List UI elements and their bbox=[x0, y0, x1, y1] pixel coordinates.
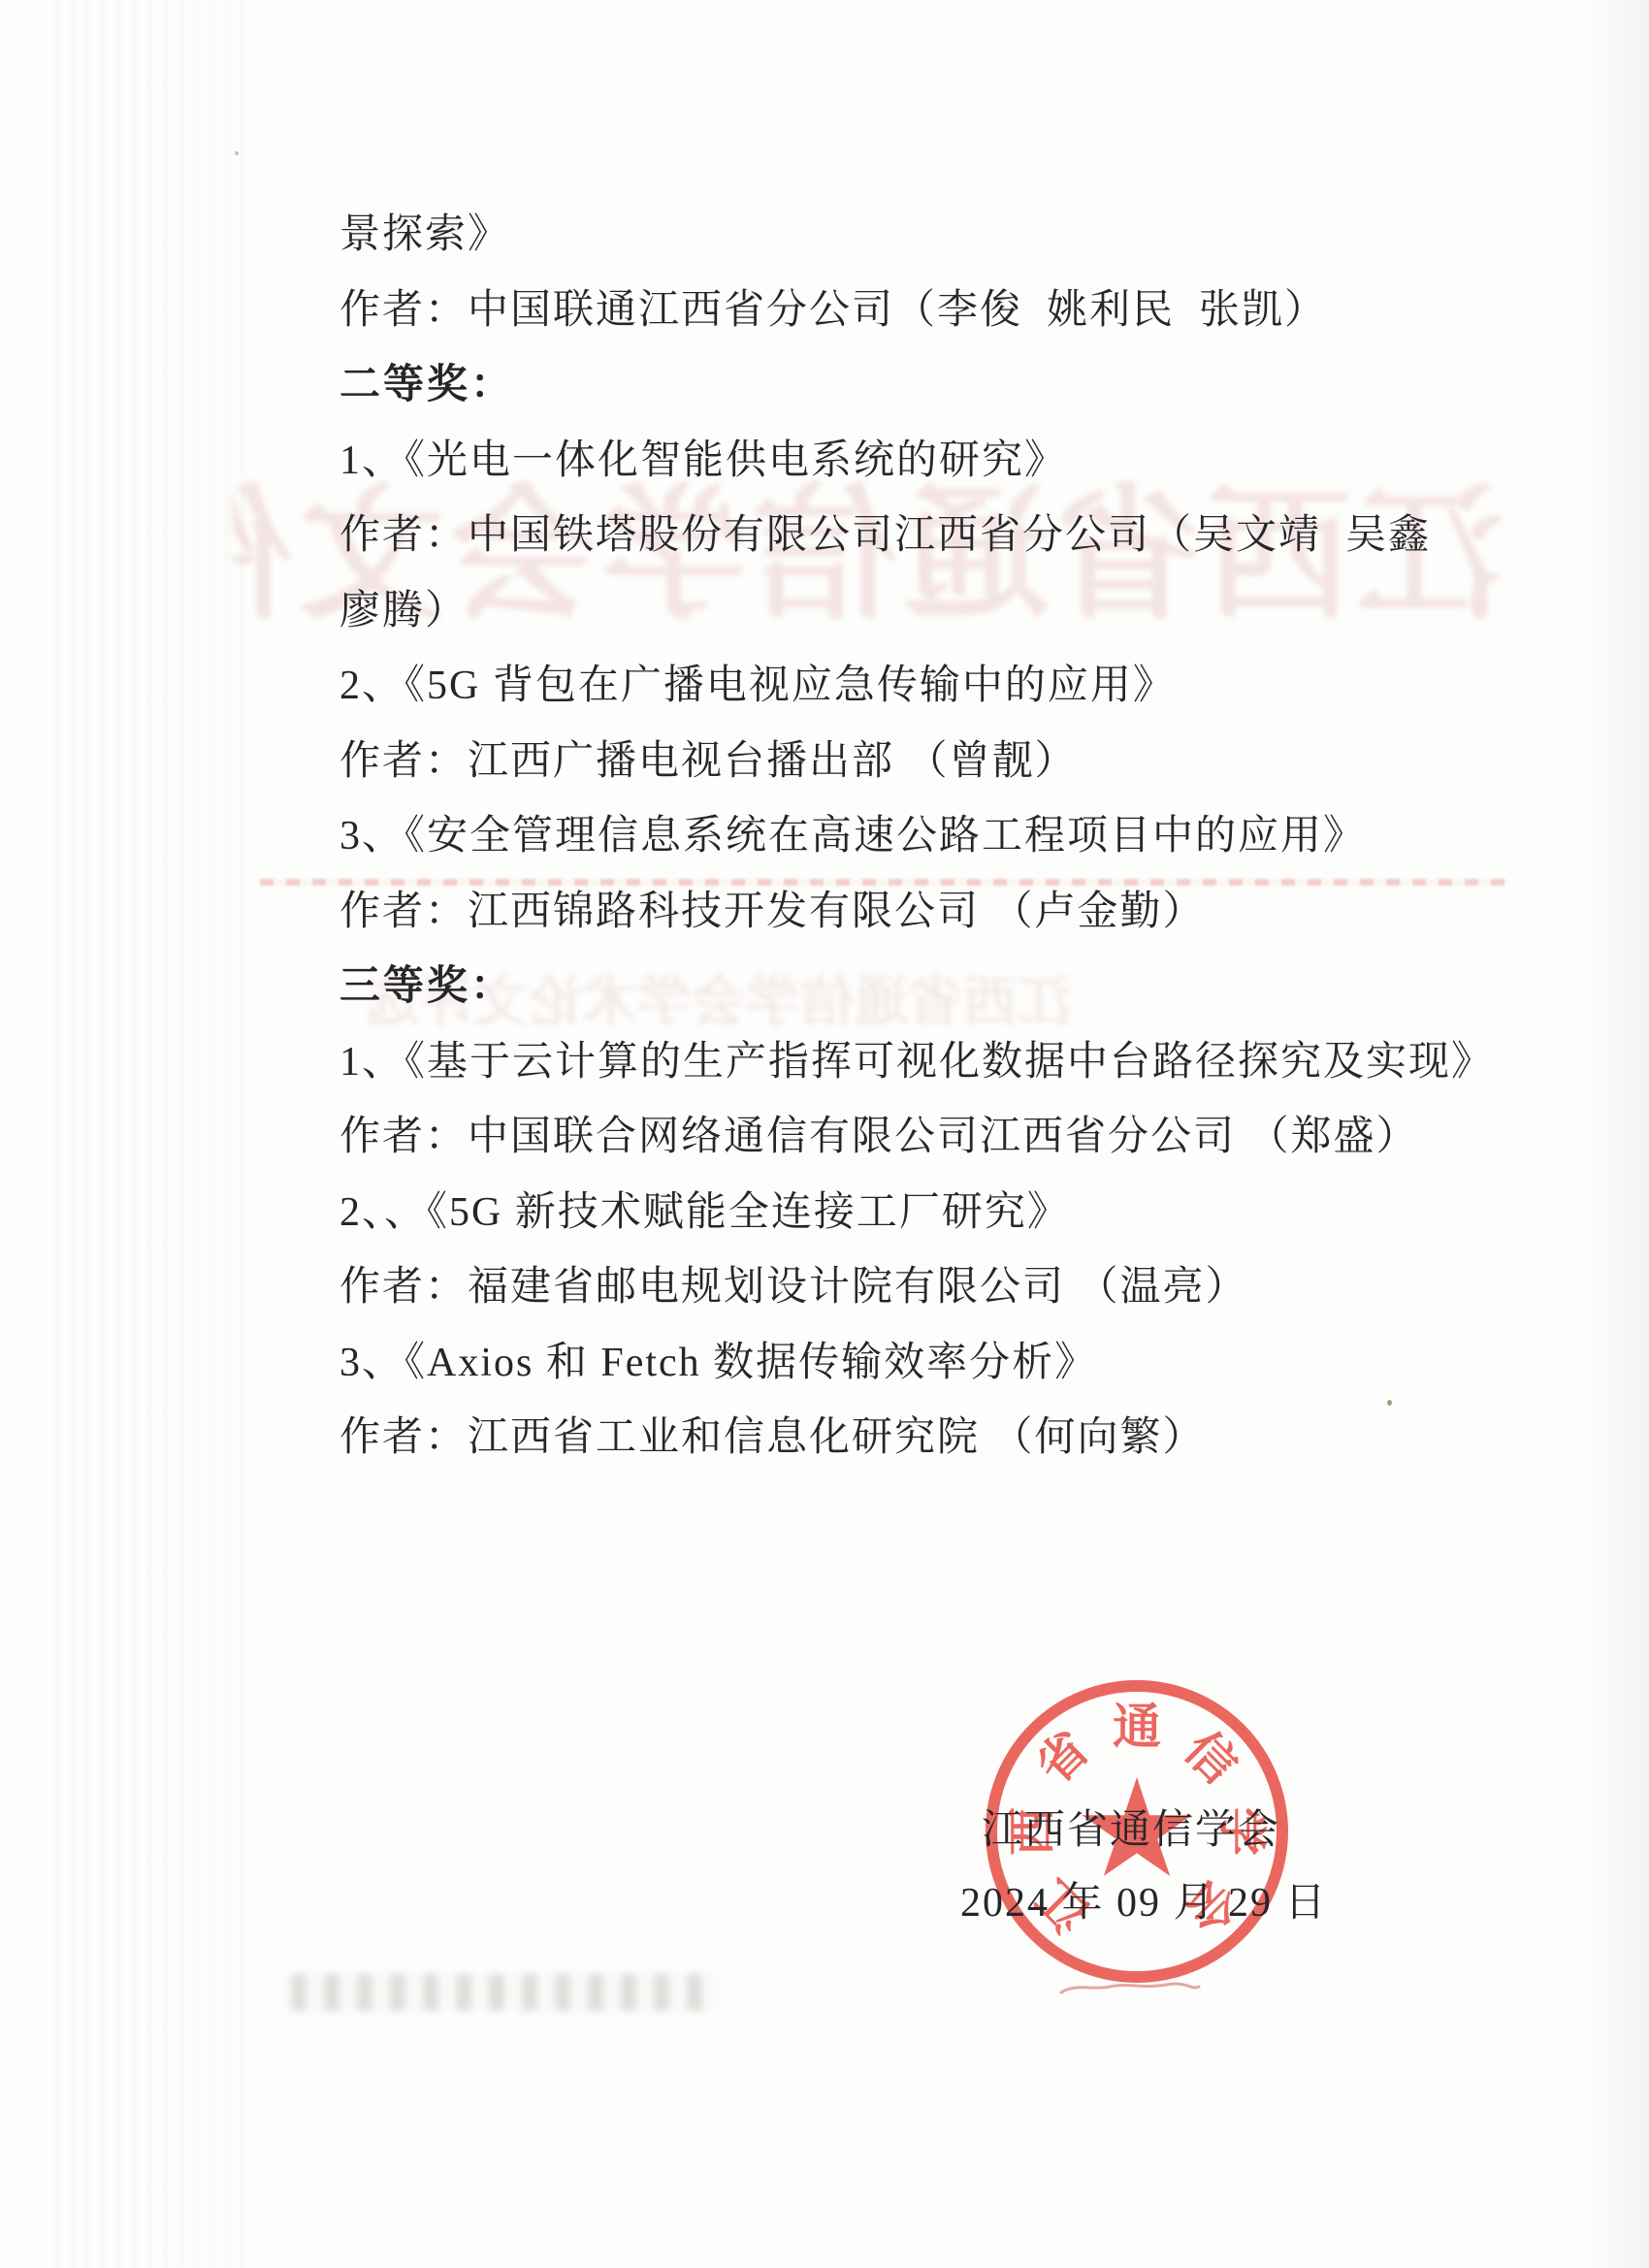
paper-speck bbox=[1387, 1400, 1392, 1406]
doc-line: 1、《光电一体化智能供电系统的研究》 bbox=[339, 424, 1552, 500]
doc-line: 作者：中国铁塔股份有限公司江西省分公司（吴文靖 吴鑫 bbox=[339, 499, 1552, 574]
doc-line: 景探索》 bbox=[339, 198, 1552, 274]
scan-edge-shading-left bbox=[53, 0, 247, 2268]
signature-date: 2024 年 09 月 29 日 bbox=[960, 1879, 1328, 1928]
second-prize-heading: 二等奖： bbox=[339, 348, 1552, 424]
doc-line: 作者：江西省工业和信息化研究院 （何向繁） bbox=[339, 1401, 1552, 1476]
document-body-text: 景探索》 作者：中国联通江西省分公司（李俊 姚利民 张凯） 二等奖： 1、《光电… bbox=[339, 198, 1552, 1476]
third-prize-heading: 三等奖： bbox=[339, 950, 1552, 1025]
scanned-document-page: { "document": { "lines": [ "景探索》", "作者：中… bbox=[0, 0, 1649, 2268]
doc-line: 作者：中国联通江西省分公司（李俊 姚利民 张凯） bbox=[339, 274, 1552, 349]
doc-line: 2、《5G 背包在广播电视应急传输中的应用》 bbox=[339, 649, 1552, 725]
doc-line: 3、《Axios 和 Fetch 数据传输效率分析》 bbox=[339, 1326, 1552, 1402]
doc-line: 3、《安全管理信息系统在高速公路工程项目中的应用》 bbox=[339, 799, 1552, 875]
paper-speck bbox=[235, 151, 239, 155]
doc-line: 作者：中国联合网络通信有限公司江西省分公司 （郑盛） bbox=[339, 1100, 1552, 1176]
signature-organization: 江西省通信学会 bbox=[982, 1806, 1280, 1855]
doc-line: 作者：江西锦路科技开发有限公司 （卢金勤） bbox=[339, 875, 1552, 951]
doc-line: 2、、《5G 新技术赋能全连接工厂研究》 bbox=[339, 1176, 1552, 1251]
doc-line: 1、《基于云计算的生产指挥可视化数据中台路径探究及实现》 bbox=[339, 1025, 1552, 1101]
seal-ring-char: 通 bbox=[1113, 1702, 1161, 1751]
scan-edge-shading-right bbox=[1581, 0, 1649, 2268]
doc-line: 作者：江西广播电视台播出部 （曾靓） bbox=[339, 725, 1552, 800]
gray-ink-smudge bbox=[291, 1974, 718, 2011]
doc-line: 廖腾） bbox=[339, 574, 1552, 650]
doc-line: 作者：福建省邮电规划设计院有限公司 （温亮） bbox=[339, 1250, 1552, 1326]
